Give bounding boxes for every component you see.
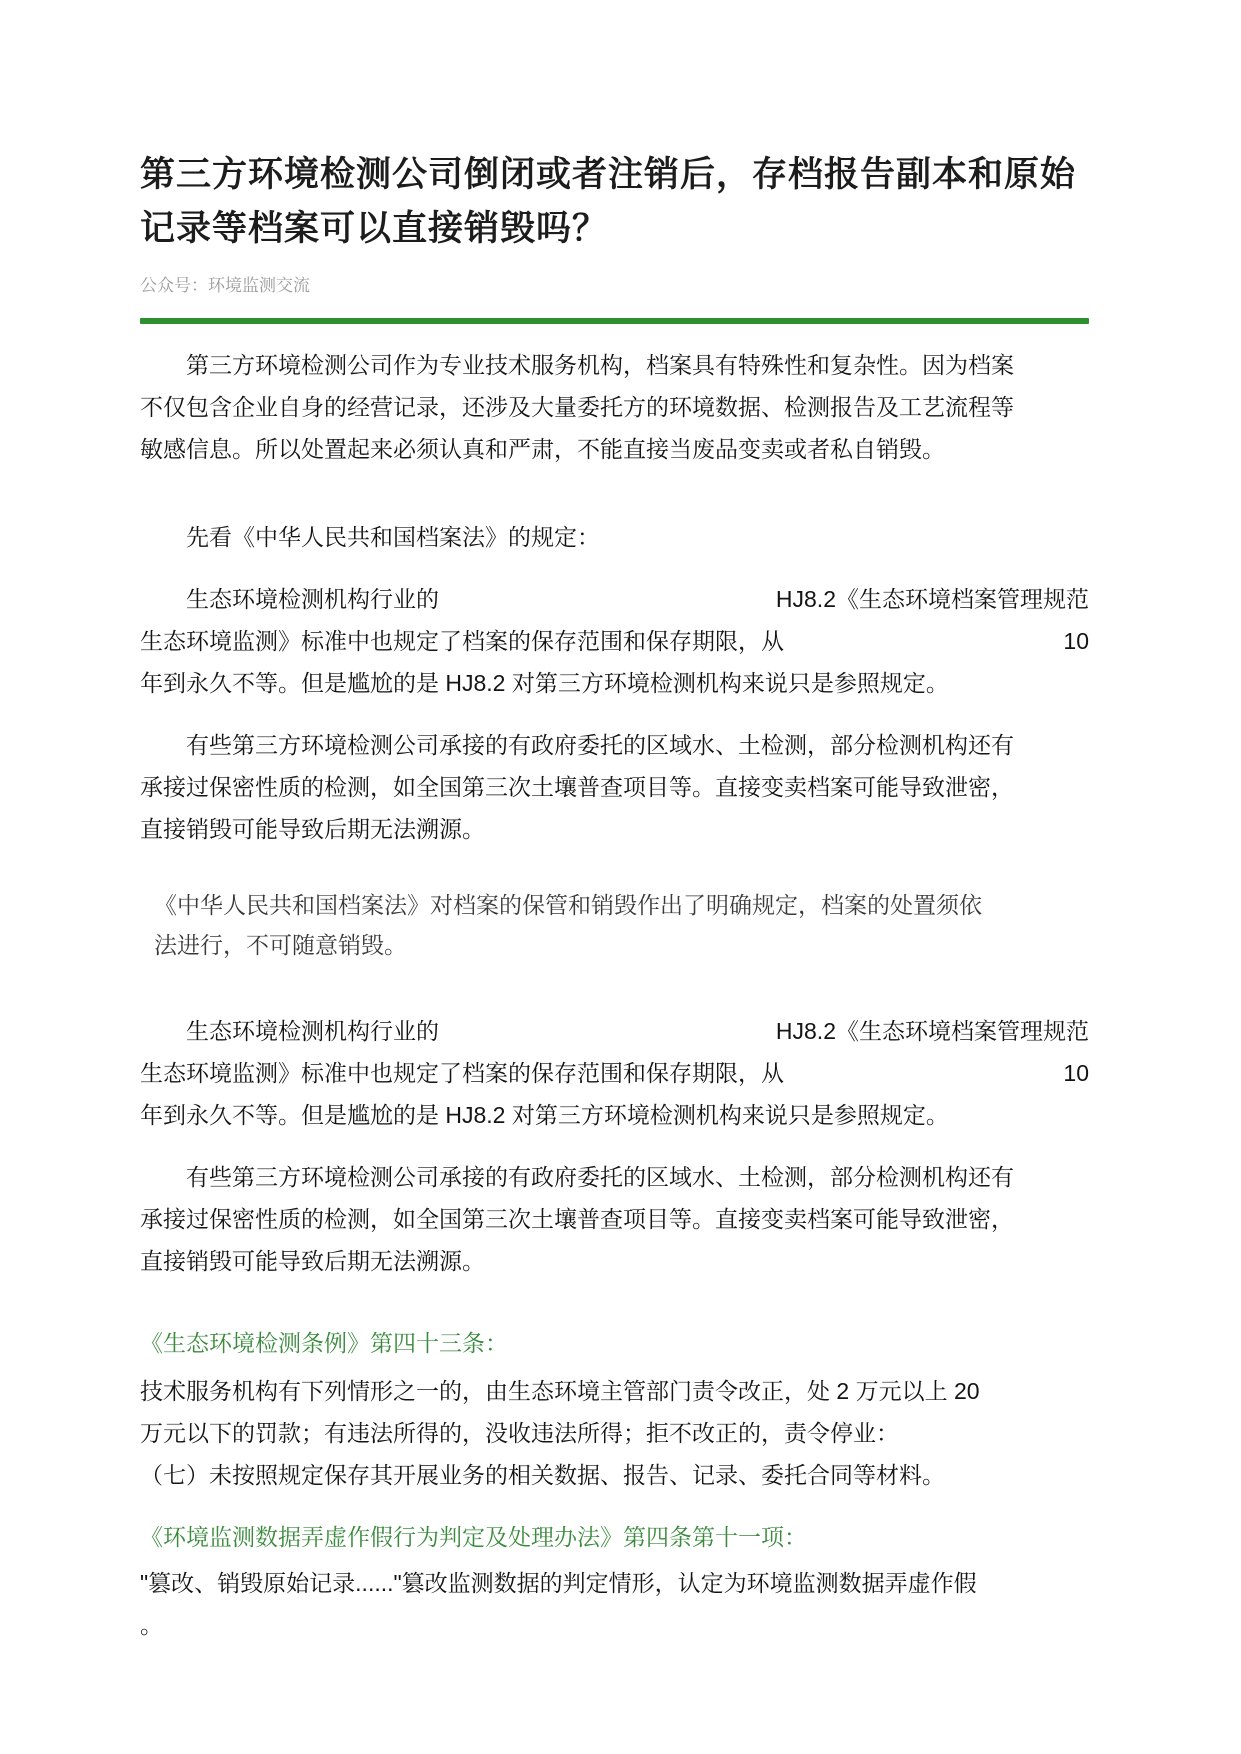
paragraph-line: 承接过保密性质的检测，如全国第三次土壤普查项目等。直接变卖档案可能导致泄密， xyxy=(140,1198,1089,1240)
paragraph-line: 万元以下的罚款；有违法所得的，没收违法所得；拒不改正的，责令停业： xyxy=(140,1412,1089,1454)
paragraph-hj-standard: 生态环境检测机构行业的 HJ8.2《生态环境档案管理规范 生态环境监测》标准中也… xyxy=(140,578,1089,704)
byline: 公众号：环境监测交流 xyxy=(140,274,1089,298)
quote-line: 法进行，不可随意销毁。 xyxy=(154,926,1089,966)
paragraph-line: "篡改、销毁原始记录......"篡改监测数据的判定情形，认定为环境监测数据弄虚… xyxy=(140,1562,1089,1604)
line-segment: HJ8.2《生态环境档案管理规范 xyxy=(776,1010,1089,1052)
line-segment: 10 xyxy=(1063,620,1089,662)
paragraph-line: 不仅包含企业自身的经营记录，还涉及大量委托方的环境数据、检测报告及工艺流程等 xyxy=(140,386,1089,428)
line-segment: 10 xyxy=(1063,1052,1089,1094)
paragraph-line: （七）未按照规定保存其开展业务的相关数据、报告、记录、委托合同等材料。 xyxy=(140,1454,1089,1496)
paragraph-line: 先看《中华人民共和国档案法》的规定： xyxy=(140,516,1089,558)
paragraph-line: 第三方环境检测公司作为专业技术服务机构，档案具有特殊性和复杂性。因为档案 xyxy=(140,344,1089,386)
paragraph-line: 生态环境检测机构行业的 HJ8.2《生态环境档案管理规范 xyxy=(140,1010,1089,1052)
paragraph-penalty: 技术服务机构有下列情形之一的，由生态环境主管部门责令改正，处 2 万元以上 20… xyxy=(140,1370,1089,1454)
section-heading-falsification: 《环境监测数据弄虚作假行为判定及处理办法》第四条第十一项： xyxy=(140,1516,1089,1558)
paragraph-line: 直接销毁可能导致后期无法溯源。 xyxy=(140,808,1089,850)
paragraph-line: 年到永久不等。但是尴尬的是 HJ8.2 对第三方环境检测机构来说只是参照规定。 xyxy=(140,662,1089,704)
paragraph-line: 生态环境监测》标准中也规定了档案的保存范围和保存期限，从 10 xyxy=(140,1052,1089,1094)
paragraph-entrusted-tests-repeat: 有些第三方环境检测公司承接的有政府委托的区域水、土检测，部分检测机构还有 承接过… xyxy=(140,1156,1089,1282)
line-segment: 生态环境检测机构行业的 xyxy=(140,578,439,620)
paragraph-line: 年到永久不等。但是尴尬的是 HJ8.2 对第三方环境检测机构来说只是参照规定。 xyxy=(140,1094,1089,1136)
paragraph-line: 。 xyxy=(140,1604,1089,1646)
article-title: 第三方环境检测公司倒闭或者注销后，存档报告副本和原始记录等档案可以直接销毁吗？ xyxy=(140,148,1089,256)
paragraph-item-seven: （七）未按照规定保存其开展业务的相关数据、报告、记录、委托合同等材料。 xyxy=(140,1454,1089,1496)
paragraph-line: 技术服务机构有下列情形之一的，由生态环境主管部门责令改正，处 2 万元以上 20 xyxy=(140,1370,1089,1412)
paragraph-intro: 第三方环境检测公司作为专业技术服务机构，档案具有特殊性和复杂性。因为档案 不仅包… xyxy=(140,344,1089,470)
paragraph-hj-standard-repeat: 生态环境检测机构行业的 HJ8.2《生态环境档案管理规范 生态环境监测》标准中也… xyxy=(140,1010,1089,1136)
green-divider xyxy=(140,318,1089,324)
paragraph-first-look: 先看《中华人民共和国档案法》的规定： xyxy=(140,516,1089,558)
blockquote-archive-law: 《中华人民共和国档案法》对档案的保管和销毁作出了明确规定，档案的处置须依 法进行… xyxy=(154,886,1089,966)
article-page: 第三方环境检测公司倒闭或者注销后，存档报告副本和原始记录等档案可以直接销毁吗？ … xyxy=(0,0,1241,1646)
paragraph-line: 直接销毁可能导致后期无法溯源。 xyxy=(140,1240,1089,1282)
line-segment: 生态环境监测》标准中也规定了档案的保存范围和保存期限，从 xyxy=(140,620,784,662)
paragraph-line: 生态环境监测》标准中也规定了档案的保存范围和保存期限，从 10 xyxy=(140,620,1089,662)
paragraph-line: 有些第三方环境检测公司承接的有政府委托的区域水、土检测，部分检测机构还有 xyxy=(140,1156,1089,1198)
line-segment: 生态环境检测机构行业的 xyxy=(140,1010,439,1052)
quote-line: 《中华人民共和国档案法》对档案的保管和销毁作出了明确规定，档案的处置须依 xyxy=(154,886,1089,926)
paragraph-line: 有些第三方环境检测公司承接的有政府委托的区域水、土检测，部分检测机构还有 xyxy=(140,724,1089,766)
line-segment: HJ8.2《生态环境档案管理规范 xyxy=(776,578,1089,620)
paragraph-tamper: "篡改、销毁原始记录......"篡改监测数据的判定情形，认定为环境监测数据弄虚… xyxy=(140,1562,1089,1646)
line-segment: 生态环境监测》标准中也规定了档案的保存范围和保存期限，从 xyxy=(140,1052,784,1094)
paragraph-line: 生态环境检测机构行业的 HJ8.2《生态环境档案管理规范 xyxy=(140,578,1089,620)
paragraph-line: 敏感信息。所以处置起来必须认真和严肃，不能直接当废品变卖或者私自销毁。 xyxy=(140,428,1089,470)
paragraph-entrusted-tests: 有些第三方环境检测公司承接的有政府委托的区域水、土检测，部分检测机构还有 承接过… xyxy=(140,724,1089,850)
paragraph-line: 承接过保密性质的检测，如全国第三次土壤普查项目等。直接变卖档案可能导致泄密， xyxy=(140,766,1089,808)
section-heading-regulation: 《生态环境检测条例》第四十三条： xyxy=(140,1322,1089,1364)
